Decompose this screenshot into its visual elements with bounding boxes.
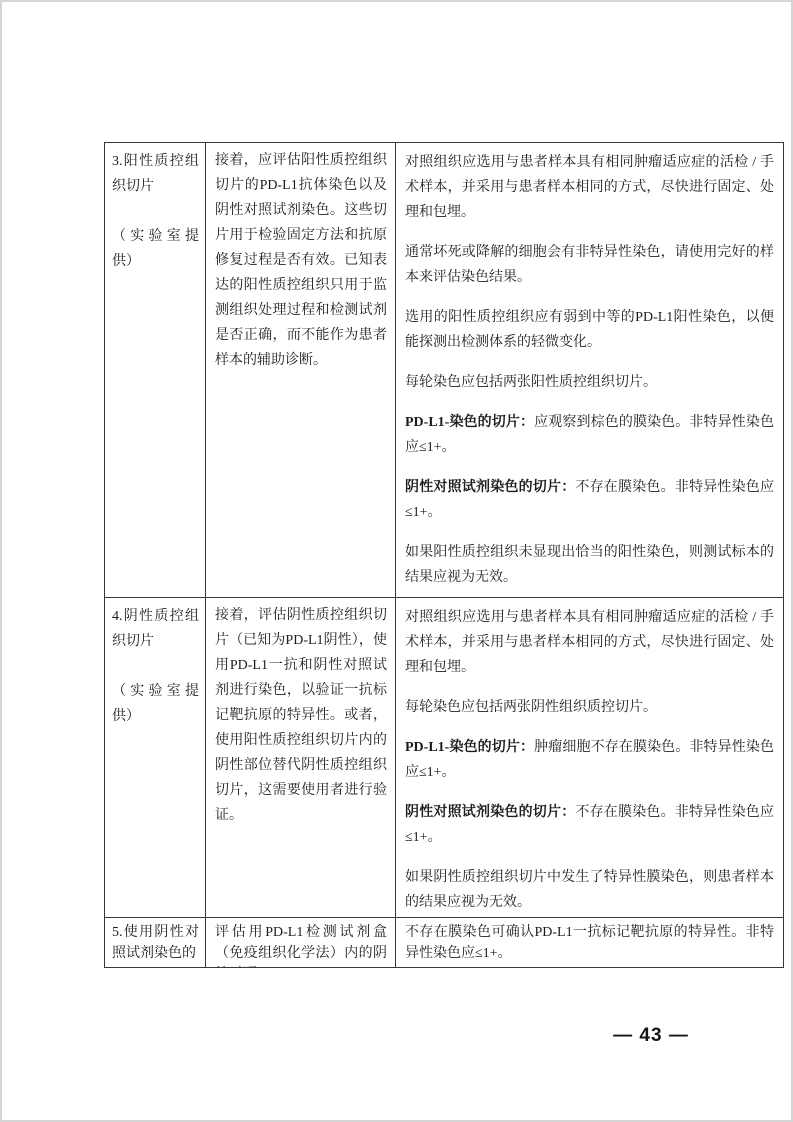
detail-paragraph: 每轮染色应包括两张阳性质控组织切片。: [405, 370, 774, 395]
instruction-cell: 接着，评估阴性质控组织切片（已知为PD-L1阴性），使用PD-L1一抗和阴性对照…: [205, 597, 395, 917]
details-cell: 对照组织应选用与患者样本具有相同肿瘤适应症的活检 / 手术样本，并采用与患者样本…: [395, 142, 783, 597]
detail-text: 通常坏死或降解的细胞会有非特异性染色，请使用完好的样本来评估染色结果。: [405, 245, 774, 285]
detail-paragraph: PD-L1-染色的切片：应观察到棕色的膜染色。非特异性染色应≤1+。: [405, 410, 774, 460]
document-page: 3.阳性质控组织切片 （实验室提供）接着，应评估阳性质控组织切片的PD-L1抗体…: [0, 0, 793, 1122]
item-cell: 3.阳性质控组织切片 （实验室提供）: [104, 142, 205, 597]
detail-text: 每轮染色应包括两张阳性质控组织切片。: [405, 375, 657, 390]
item-cell: 5.使用阴性对照试剂染色的: [104, 917, 205, 967]
detail-lead: 阴性对照试剂染色的切片：: [405, 805, 575, 820]
detail-lead: PD-L1-染色的切片：: [405, 740, 534, 755]
detail-paragraph: 每轮染色应包括两张阴性组织质控切片。: [405, 695, 774, 720]
detail-lead: PD-L1-染色的切片：: [405, 415, 534, 430]
detail-paragraph: 选用的阳性质控组织应有弱到中等的PD-L1阳性染色，以便能探测出检测体系的轻微变…: [405, 305, 774, 355]
detail-paragraph: 如果阴性质控组织切片中发生了特异性膜染色，则患者样本的结果应视为无效。: [405, 865, 774, 915]
detail-text: 对照组织应选用与患者样本具有相同肿瘤适应症的活检 / 手术样本，并采用与患者样本…: [405, 155, 774, 220]
detail-paragraph: 通常坏死或降解的细胞会有非特异性染色，请使用完好的样本来评估染色结果。: [405, 240, 774, 290]
detail-text: 选用的阳性质控组织应有弱到中等的PD-L1阳性染色，以便能探测出检测体系的轻微变…: [405, 310, 774, 350]
instruction-cell: 接着，应评估阳性质控组织切片的PD-L1抗体染色以及阴性对照试剂染色。这些切片用…: [205, 142, 395, 597]
item-cell: 4.阴性质控组织切片 （实验室提供）: [104, 597, 205, 917]
detail-paragraph: 如果阳性质控组织未显现出恰当的阳性染色，则测试标本的结果应视为无效。: [405, 540, 774, 590]
detail-text: 如果阳性质控组织未显现出恰当的阳性染色，则测试标本的结果应视为无效。: [405, 545, 774, 585]
details-cell: 不存在膜染色可确认PD-L1一抗标记靶抗原的特异性。非特异性染色应≤1+。: [395, 917, 783, 967]
detail-paragraph: PD-L1-染色的切片：肿瘤细胞不存在膜染色。非特异性染色应≤1+。: [405, 735, 774, 785]
detail-text: 不存在膜染色可确认PD-L1一抗标记靶抗原的特异性。非特异性染色应≤1+。: [405, 925, 774, 961]
detail-lead: 阴性对照试剂染色的切片：: [405, 480, 575, 495]
detail-paragraph: 不存在膜染色可确认PD-L1一抗标记靶抗原的特异性。非特异性染色应≤1+。: [405, 922, 774, 964]
detail-text: 对照组织应选用与患者样本具有相同肿瘤适应症的活检 / 手术样本，并采用与患者样本…: [405, 610, 774, 675]
instruction-cell: 评估用PD-L1检测试剂盒（免疫组织化学法）内的阴性对照: [205, 917, 395, 967]
detail-paragraph: 对照组织应选用与患者样本具有相同肿瘤适应症的活检 / 手术样本，并采用与患者样本…: [405, 150, 774, 225]
detail-paragraph: 阴性对照试剂染色的切片：不存在膜染色。非特异性染色应≤1+。: [405, 475, 774, 525]
detail-text: 每轮染色应包括两张阴性组织质控切片。: [405, 700, 657, 715]
detail-text: 如果阴性质控组织切片中发生了特异性膜染色，则患者样本的结果应视为无效。: [405, 870, 774, 910]
detail-paragraph: 对照组织应选用与患者样本具有相同肿瘤适应症的活检 / 手术样本，并采用与患者样本…: [405, 605, 774, 680]
detail-paragraph: 阴性对照试剂染色的切片：不存在膜染色。非特异性染色应≤1+。: [405, 800, 774, 850]
details-cell: 对照组织应选用与患者样本具有相同肿瘤适应症的活检 / 手术样本，并采用与患者样本…: [395, 597, 783, 917]
quality-control-table: 3.阳性质控组织切片 （实验室提供）接着，应评估阳性质控组织切片的PD-L1抗体…: [104, 142, 784, 968]
page-number: — 43 —: [596, 1025, 706, 1047]
